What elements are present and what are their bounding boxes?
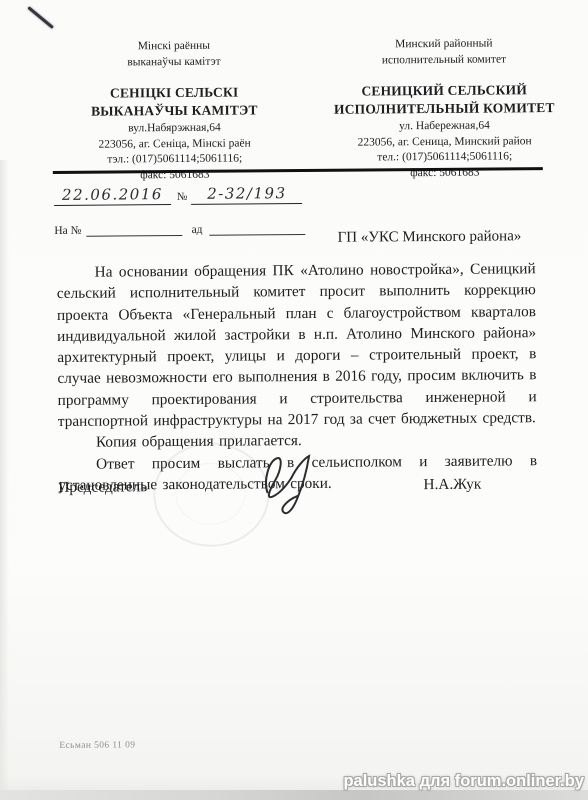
from-date-blank	[209, 220, 305, 236]
parent-org-line2: исполнительный комитет	[320, 51, 568, 68]
from-date-label: ад	[188, 224, 205, 236]
scanned-letter: Мінскі раённы выканаўчы камітэт СЕНІЦКІ …	[0, 0, 588, 800]
header-belarusian: Мінскі раённы выканаўчы камітэт СЕНІЦКІ …	[50, 38, 299, 184]
recipient: ГП «УКС Минского района»	[338, 228, 522, 246]
org-name-line1: СЕНІЦКІ СЕЛЬСКІ	[50, 83, 298, 102]
org-city: 223056, аг. Сеница, Минский район	[321, 134, 569, 151]
parent-org-line2: выканаўчы камітэт	[50, 54, 298, 71]
pen-mark-icon	[27, 6, 54, 29]
signer-name: Н.А.Жук	[423, 475, 537, 494]
signature-row: Председатель Н.А.Жук	[58, 475, 537, 497]
header-russian: Минский районный исполнительный комитет …	[320, 36, 569, 182]
executor-line: Есьман 506 11 09	[59, 740, 135, 751]
reply-to-label: На №	[54, 225, 81, 237]
handwritten-number: 2-32/193	[207, 184, 287, 203]
number-sign: №	[171, 191, 192, 205]
org-name-line2: ВЫКАНАЎЧЫ КАМІТЭТ	[50, 101, 298, 120]
org-name-line1: СЕНИЦКИЙ СЕЛЬСКИЙ	[320, 81, 568, 100]
forum-watermark: palushka для forum.onliner.by	[343, 772, 584, 791]
signer-title: Председатель	[58, 478, 147, 497]
reference-block: 22.06.2016 № 2-32/193 На № ад	[54, 180, 311, 237]
handwritten-date: 22.06.2016	[62, 185, 163, 204]
page-bottom-edge-shadow	[0, 790, 588, 800]
body-paragraph-1: На основании обращения ПК «Атолино новос…	[57, 258, 537, 432]
page-left-edge-shadow	[0, 160, 9, 792]
org-name-line2: ИСПОЛНИТЕЛЬНЫЙ КОМИТЕТ	[320, 99, 568, 118]
reply-to-number-blank	[86, 221, 182, 237]
letter-page: Мінскі раённы выканаўчы камітэт СЕНІЦКІ …	[0, 0, 588, 800]
